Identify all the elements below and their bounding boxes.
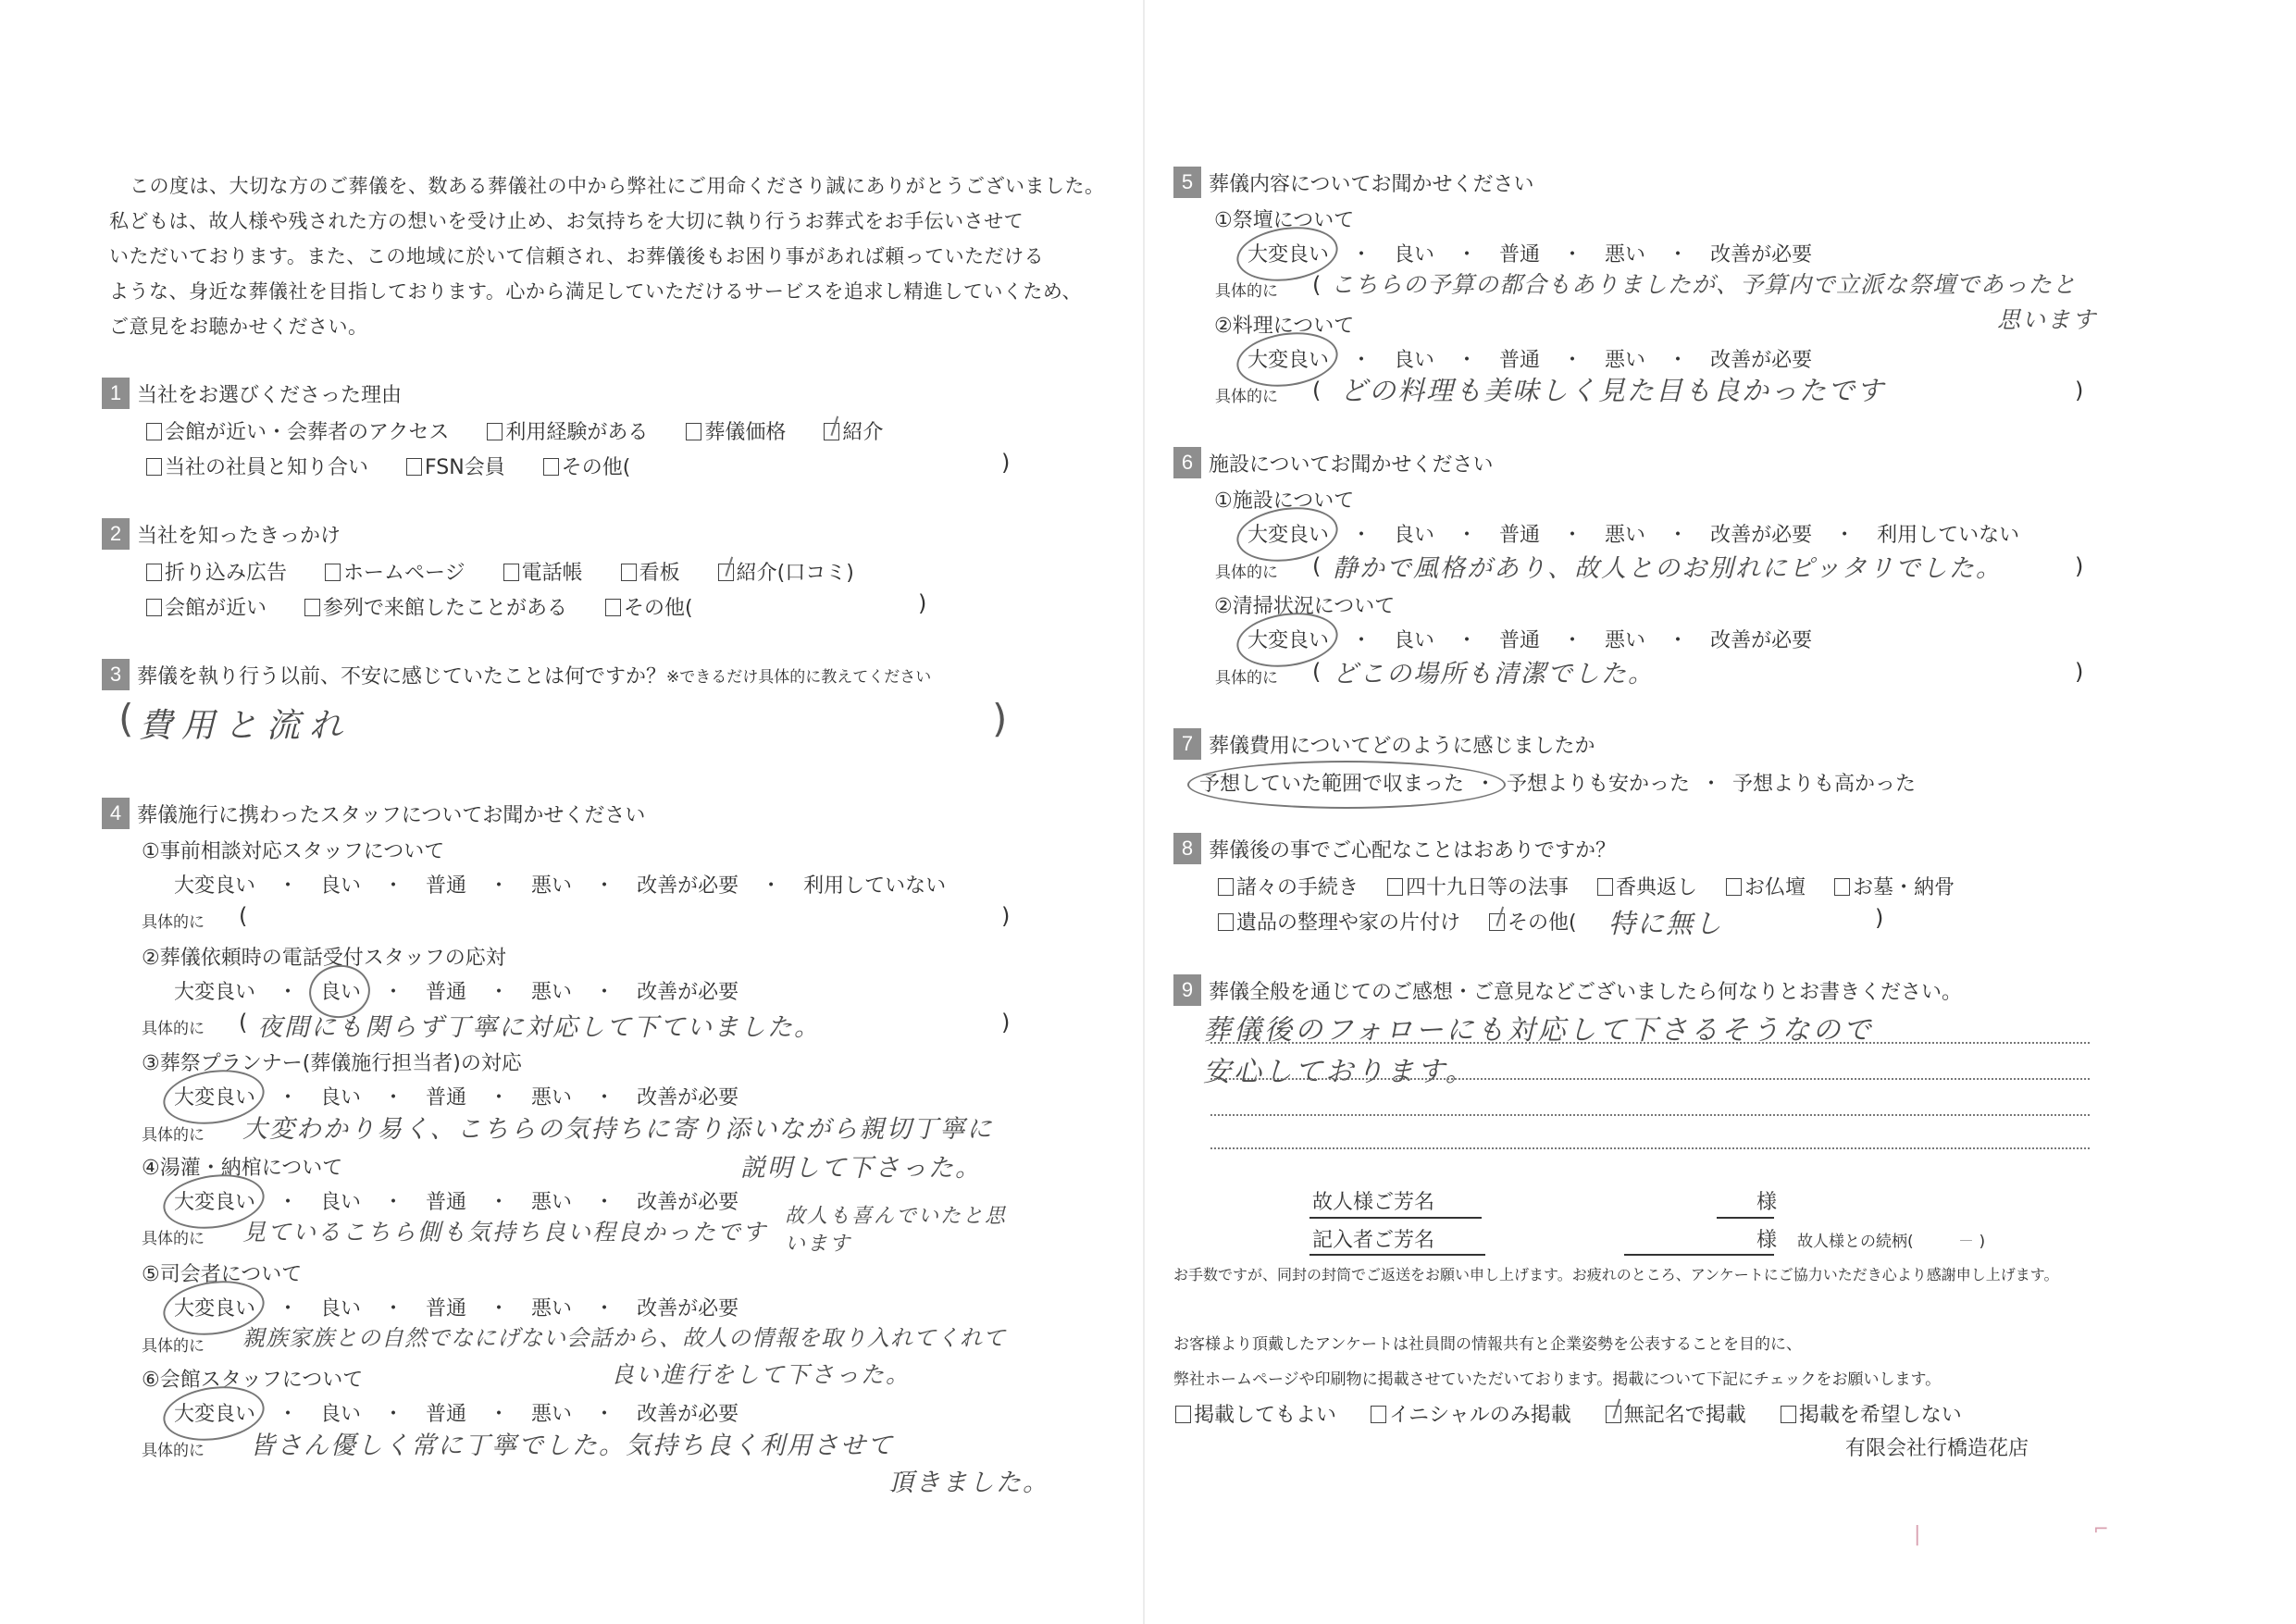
q1-option[interactable]: 会館が近い・会葬者のアクセス — [146, 416, 449, 445]
q7-option[interactable]: 予想よりも高かった — [1732, 773, 1916, 796]
stamp-mark: ⌐ — [2093, 1518, 2109, 1540]
rating-option-selected[interactable]: 大変良い — [1247, 519, 1329, 548]
section-number-badge: 6 — [1173, 447, 1201, 478]
rating-option[interactable]: 大変良い — [174, 870, 255, 899]
rating-option[interactable]: 普通 — [1499, 519, 1540, 548]
rating-option[interactable]: 改善が必要 — [1710, 519, 1812, 548]
q6-item1-comment[interactable]: 静かで風格があり、故人とのお別れにピッタリでした。 — [1333, 548, 2003, 584]
q2-option[interactable]: その他( — [605, 592, 693, 621]
q5-title: 葬儀内容についてお聞かせください — [1209, 168, 1534, 197]
q8-title: 葬儀後の事でご心配なことはおありですか？ — [1209, 835, 1616, 863]
checkbox[interactable] — [1726, 878, 1742, 896]
q2-option[interactable]: ホームページ — [325, 557, 465, 586]
q1-option[interactable]: 紹介 — [824, 416, 883, 445]
q8-option[interactable]: 香典返し — [1597, 872, 1697, 900]
signature-line — [1309, 1254, 1485, 1256]
q4-item6-comment[interactable]: 皆さん優しく常に丁寧でした。気持ち良く利用させて — [250, 1425, 894, 1461]
q8-option[interactable]: その他( — [1489, 907, 1577, 936]
q7-options: 予想していた範囲で収まった・予想よりも安かった・予想よりも高かった — [1199, 768, 1916, 797]
q2-option[interactable]: 折り込み広告 — [146, 557, 287, 586]
checkbox[interactable] — [304, 599, 320, 616]
intro-line: ご意見をお聴かせください。 — [109, 309, 1105, 344]
q4-item5-comment[interactable]: 親族家族との自然でなにげない会話から、故人の情報を取り入れてくれて — [242, 1320, 1006, 1352]
rating-option[interactable]: 普通 — [426, 870, 466, 899]
q6-item1-rating: 大変良い・良い・普通・悪い・改善が必要・利用していない — [1247, 519, 2019, 548]
q4-item4-comment[interactable]: 見ているこちら側も気持ち良い程良かったです — [242, 1214, 767, 1247]
rating-option[interactable]: 良い — [320, 1398, 361, 1427]
rating-option[interactable]: 改善が必要 — [1710, 344, 1812, 373]
rating-option[interactable]: 改善が必要 — [1710, 625, 1812, 653]
intro-line: 私どもは、故人様や残された方の想いを受け止め、お気持ちを大切に執り行うお葬式をお… — [109, 204, 1105, 239]
q4-item2-comment[interactable]: 夜間にも関らず丁寧に対応して下ていました。 — [257, 1007, 821, 1043]
specific-label: 具体的に — [142, 909, 205, 932]
section-number-badge: 1 — [102, 378, 130, 409]
return-note: お手数ですが、同封の封筒でご返送をお願い申し上げます。お疲れのところ、アンケート… — [1173, 1263, 2058, 1284]
checkbox[interactable] — [1175, 1406, 1191, 1423]
rating-option-selected[interactable]: 大変良い — [174, 1082, 255, 1110]
rating-option[interactable]: 普通 — [426, 1293, 466, 1321]
honorific: 様 — [1756, 1186, 1777, 1215]
specific-label: 具体的に — [142, 1437, 205, 1460]
rating-option[interactable]: 悪い — [531, 870, 572, 899]
rating-option[interactable]: 悪い — [531, 1398, 572, 1427]
publication-option[interactable]: 掲載してもよい — [1175, 1399, 1336, 1428]
q6-header: 6 施設についてお聞かせください — [1173, 447, 1494, 478]
q4-item6-rating: 大変良い・良い・普通・悪い・改善が必要 — [174, 1398, 738, 1427]
rating-option[interactable]: 良い — [320, 1293, 361, 1321]
rating-option[interactable]: 悪い — [1605, 625, 1645, 653]
section-number-badge: 2 — [102, 518, 130, 550]
checkbox[interactable] — [487, 423, 503, 440]
checkbox[interactable] — [1371, 1406, 1386, 1423]
checkbox[interactable] — [146, 564, 162, 581]
q1-option[interactable]: 葬儀価格 — [686, 416, 786, 445]
section-number-badge: 3 — [102, 659, 130, 690]
section-number-badge: 8 — [1173, 833, 1201, 864]
rating-option[interactable]: 改善が必要 — [637, 1186, 738, 1215]
q2-close-paren: ) — [918, 590, 926, 616]
q4-title: 葬儀施行に携わったスタッフについてお聞かせください — [137, 800, 645, 828]
close-paren: ) — [2075, 659, 2083, 685]
rating-option[interactable]: 改善が必要 — [637, 1293, 738, 1321]
checkbox[interactable] — [1834, 878, 1850, 896]
rating-option[interactable]: 改善が必要 — [637, 1398, 738, 1427]
publication-options: 掲載してもよい イニシャルのみ掲載 無記名で掲載 掲載を希望しない — [1175, 1399, 1990, 1428]
q8-header: 8 葬儀後の事でご心配なことはおありですか？ — [1173, 833, 1616, 864]
rating-option[interactable]: 悪い — [531, 1293, 572, 1321]
q5-item2-comment[interactable]: どの料理も美味しく見た目も良かったです — [1340, 370, 1885, 408]
q3-close-paren: ) — [992, 696, 1007, 741]
specific-label: 具体的に — [142, 1225, 205, 1248]
checkbox[interactable] — [1218, 913, 1234, 931]
q2-option[interactable]: 参列で来館したことがある — [304, 592, 567, 621]
rating-option[interactable]: 改善が必要 — [637, 976, 738, 1005]
page-fold — [1143, 0, 1145, 1624]
intro-line: この度は、大切な方のご葬儀を、数ある葬儀社の中から弊社にご用命くださり誠にありが… — [109, 168, 1105, 204]
q1-header: 1 当社をお選びくださった理由 — [102, 378, 402, 409]
rating-option[interactable]: 普通 — [1499, 239, 1540, 267]
rating-option-selected[interactable]: 良い — [320, 976, 361, 1005]
q5-item1-comment-cont[interactable]: 思います — [1997, 302, 2097, 335]
rating-option[interactable]: 利用していない — [1877, 519, 2019, 548]
q3-title: 葬儀を執り行う以前、不安に感じていたことは何ですか？ — [137, 661, 666, 689]
q2-title: 当社を知ったきっかけ — [137, 520, 341, 549]
signature-line — [1309, 1217, 1482, 1219]
q4-item4-comment-cont[interactable]: 故人も喜んでいたと思います — [785, 1203, 1025, 1258]
checkbox[interactable] — [1597, 878, 1613, 896]
rating-option[interactable]: 改善が必要 — [637, 870, 738, 899]
open-paren: ( — [1312, 272, 1321, 298]
q4-item1-rating: 大変良い・良い・普通・悪い・改善が必要・利用していない — [174, 870, 946, 899]
q2-option[interactable]: 紹介(口コミ) — [718, 557, 854, 586]
specific-label: 具体的に — [142, 1122, 205, 1145]
intro-line: いただいております。また、この地域に於いて信頼され、お葬儀後もお困り事があれば頼… — [109, 239, 1105, 274]
q4-item1-title: ①事前相談対応スタッフについて — [142, 836, 444, 864]
rating-option[interactable]: 普通 — [1499, 344, 1540, 373]
checkbox[interactable] — [605, 599, 621, 616]
rating-option[interactable]: 悪い — [1605, 239, 1645, 267]
q1-option[interactable]: 当社の社員と知り合い — [146, 452, 368, 480]
q8-options-row2: 遺品の整理や家の片付け その他( — [1218, 907, 1586, 936]
open-paren: ( — [1312, 659, 1321, 685]
intro-line: ような、身近な葬儀社を目指しております。心から満足していただけるサービスを追求し… — [109, 274, 1105, 309]
rating-option[interactable]: 良い — [320, 1082, 361, 1110]
checkbox-checked[interactable] — [824, 423, 839, 440]
q2-options-row1: 折り込み広告 ホームページ 電話帳 看板 紹介(口コミ) — [146, 557, 886, 586]
rating-option-selected[interactable]: 大変良い — [174, 1186, 255, 1215]
q2-option[interactable]: 看板 — [621, 557, 680, 586]
q6-title: 施設についてお聞かせください — [1209, 449, 1494, 477]
rating-option-selected[interactable]: 大変良い — [1247, 239, 1329, 267]
checkbox[interactable] — [503, 564, 519, 581]
checkbox-checked[interactable] — [1606, 1406, 1621, 1423]
writing-line — [1210, 1114, 2090, 1116]
rating-option[interactable]: 普通 — [426, 1082, 466, 1110]
close-paren: ) — [1001, 903, 1010, 929]
section-number-badge: 5 — [1173, 167, 1201, 198]
publication-option[interactable]: 無記名で掲載 — [1606, 1399, 1746, 1428]
rating-option[interactable]: 良い — [320, 870, 361, 899]
q5-item1-comment[interactable]: こちらの予算の都合もありましたが、予算内で立派な祭壇であったと — [1331, 267, 2077, 300]
q4-item2-title: ②葬儀依頼時の電話受付スタッフの応対 — [142, 942, 506, 971]
q8-option[interactable]: 諸々の手続き — [1218, 872, 1359, 900]
rating-option[interactable]: 大変良い — [174, 976, 255, 1005]
rating-option[interactable]: 悪い — [531, 1082, 572, 1110]
section-number-badge: 4 — [102, 798, 130, 829]
q8-option[interactable]: お仏壇 — [1726, 872, 1806, 900]
checkbox[interactable] — [1218, 878, 1234, 896]
publication-line1: お客様より頂戴したアンケートは社員間の情報共有と企業姿勢を公表することを目的に、 — [1173, 1331, 1802, 1354]
q8-option[interactable]: 遺品の整理や家の片付け — [1218, 907, 1460, 936]
q8-close-paren: ) — [1875, 905, 1883, 931]
checkbox[interactable] — [325, 564, 341, 581]
q4-header: 4 葬儀施行に携わったスタッフについてお聞かせください — [102, 798, 645, 829]
open-paren: ( — [239, 903, 247, 929]
checkbox[interactable] — [1781, 1406, 1796, 1423]
rating-option-selected[interactable]: 大変良い — [1247, 625, 1329, 653]
publication-option[interactable]: イニシャルのみ掲載 — [1371, 1399, 1571, 1428]
q3-open-paren: ( — [118, 696, 133, 741]
specific-label: 具体的に — [142, 1015, 205, 1038]
checkbox[interactable] — [1387, 878, 1403, 896]
rating-option[interactable]: 利用していない — [803, 870, 946, 899]
writing-line — [1210, 1042, 2090, 1044]
intro-paragraph: この度は、大切な方のご葬儀を、数ある葬儀社の中から弊社にご用命くださり誠にありが… — [109, 168, 1105, 344]
q1-title: 当社をお選びくださった理由 — [137, 379, 402, 408]
q4-item6-comment-cont[interactable]: 頂きました。 — [888, 1462, 1049, 1498]
q1-close-paren: ) — [1001, 450, 1010, 476]
rating-option[interactable]: 普通 — [426, 1186, 466, 1215]
q4-item3-comment[interactable]: 大変わかり易く、こちらの気持ちに寄り添いながら親切丁寧に — [242, 1109, 993, 1145]
writing-line — [1210, 1147, 2090, 1149]
publication-option[interactable]: 掲載を希望しない — [1781, 1399, 1962, 1428]
q5-item2-rating: 大変良い・良い・普通・悪い・改善が必要 — [1247, 344, 1812, 373]
rating-option[interactable]: 改善が必要 — [1710, 239, 1812, 267]
q7-option-selected[interactable]: 予想していた範囲で収まった — [1199, 773, 1464, 796]
writer-name-label: 記入者ご芳名 — [1312, 1224, 1434, 1253]
rating-option[interactable]: 悪い — [531, 1186, 572, 1215]
honorific: 様 — [1756, 1224, 1777, 1253]
signature-line — [1624, 1254, 1774, 1256]
q6-item2-comment[interactable]: どこの場所も清潔でした。 — [1333, 653, 1655, 689]
q1-options-row1: 会館が近い・会葬者のアクセス 利用経験がある 葬儀価格 紹介 — [146, 416, 914, 445]
q4-item4-rating: 大変良い・良い・普通・悪い・改善が必要 — [174, 1186, 738, 1215]
q3-answer[interactable]: 費用と流れ — [139, 700, 352, 747]
q3-note: ※できるだけ具体的に教えてください — [666, 663, 931, 687]
q2-option[interactable]: 電話帳 — [503, 557, 583, 586]
checkbox[interactable] — [543, 458, 559, 476]
q1-option[interactable]: 利用経験がある — [487, 416, 648, 445]
q9-answer-line2[interactable]: 安心しております。 — [1203, 1048, 1476, 1089]
open-paren: ( — [239, 1010, 247, 1035]
checkbox-checked[interactable] — [718, 564, 734, 581]
close-paren: ) — [2075, 378, 2083, 403]
q7-title: 葬儀費用についてどのように感じましたか — [1209, 730, 1595, 759]
rating-option[interactable]: 良い — [1394, 625, 1434, 653]
q4-item5-comment-cont[interactable]: 良い進行をして下さった。 — [611, 1357, 911, 1390]
checkbox[interactable] — [686, 423, 701, 440]
q9-title: 葬儀全般を通じてのご感想・ご意見などございましたら何なりとお書きください。 — [1209, 976, 1962, 1005]
rating-option[interactable]: 普通 — [426, 976, 466, 1005]
q4-item2-rating: 大変良い・良い・普通・悪い・改善が必要 — [174, 976, 738, 1005]
checkbox[interactable] — [146, 599, 162, 616]
checkbox[interactable] — [621, 564, 637, 581]
q7-option[interactable]: 予想よりも安かった — [1507, 773, 1690, 796]
rating-option[interactable]: 悪い — [1605, 519, 1645, 548]
q4-item6-title: ⑥会館スタッフについて — [142, 1364, 363, 1393]
rating-option[interactable]: 改善が必要 — [637, 1082, 738, 1110]
close-paren: ) — [2075, 553, 2083, 579]
q3-header: 3 葬儀を執り行う以前、不安に感じていたことは何ですか？ ※できるだけ具体的に教… — [102, 659, 931, 690]
q7-header: 7 葬儀費用についてどのように感じましたか — [1173, 728, 1595, 760]
q4-item3-comment-cont[interactable]: 説明して下さった。 — [740, 1147, 982, 1184]
q9-header: 9 葬儀全般を通じてのご感想・ご意見などございましたら何なりとお書きください。 — [1173, 974, 1962, 1006]
q1-option[interactable]: その他( — [543, 452, 631, 480]
stamp-mark: | — [1914, 1523, 1920, 1546]
rating-option[interactable]: 良い — [320, 1186, 361, 1215]
rating-option[interactable]: 悪い — [531, 976, 572, 1005]
signature-line — [1717, 1217, 1774, 1219]
q2-header: 2 当社を知ったきっかけ — [102, 518, 341, 550]
rating-option-selected[interactable]: 大変良い — [174, 1398, 255, 1427]
q2-option[interactable]: 会館が近い — [146, 592, 267, 621]
specific-label: 具体的に — [1215, 664, 1278, 688]
q5-header: 5 葬儀内容についてお聞かせください — [1173, 167, 1534, 198]
q2-options-row2: 会館が近い 参列で来館したことがある その他( — [146, 592, 725, 621]
checkbox[interactable] — [146, 458, 162, 476]
section-number-badge: 9 — [1173, 974, 1201, 1006]
specific-label: 具体的に — [1215, 559, 1278, 582]
section-number-badge: 7 — [1173, 728, 1201, 760]
q8-other-answer[interactable]: 特に無し — [1608, 903, 1723, 941]
q4-item3-title: ③葬祭プランナー(葬儀施行担当者)の対応 — [142, 1048, 522, 1076]
deceased-name-label: 故人様ご芳名 — [1312, 1186, 1434, 1215]
q6-item2-rating: 大変良い・良い・普通・悪い・改善が必要 — [1247, 625, 1812, 653]
checkbox[interactable] — [146, 423, 162, 440]
rating-option[interactable]: 良い — [1394, 344, 1434, 373]
specific-label: 具体的に — [1215, 278, 1278, 301]
rating-option-selected[interactable]: 大変良い — [1247, 344, 1329, 373]
q1-option[interactable]: FSN会員 — [406, 452, 505, 480]
writing-line — [1210, 1078, 2090, 1080]
rating-option[interactable]: 普通 — [426, 1398, 466, 1427]
publication-line2: 弊社ホームページや印刷物に掲載させていただいております。掲載について下記にチェッ… — [1173, 1366, 1941, 1389]
q4-item3-rating: 大変良い・良い・普通・悪い・改善が必要 — [174, 1082, 738, 1110]
q5-item1-rating: 大変良い・良い・普通・悪い・改善が必要 — [1247, 239, 1812, 267]
rating-option[interactable]: 良い — [1394, 239, 1434, 267]
q8-options-row1: 諸々の手続き 四十九日等の法事 香典返し お仏壇 お墓・納骨 — [1218, 872, 1977, 900]
relation-value[interactable]: － — [1918, 1228, 1974, 1251]
open-paren: ( — [1312, 378, 1321, 403]
rating-option[interactable]: 普通 — [1499, 625, 1540, 653]
rating-option[interactable]: 悪い — [1605, 344, 1645, 373]
checkbox-checked[interactable] — [1489, 913, 1505, 931]
checkbox[interactable] — [406, 458, 422, 476]
rating-option[interactable]: 良い — [1394, 519, 1434, 548]
q8-option[interactable]: 四十九日等の法事 — [1387, 872, 1569, 900]
q8-option[interactable]: お墓・納骨 — [1834, 872, 1955, 900]
company-name: 有限会社行橋造花店 — [1845, 1432, 2029, 1461]
specific-label: 具体的に — [1215, 383, 1278, 406]
q1-options-row2: 当社の社員と知り合い FSN会員 その他( — [146, 452, 662, 480]
open-paren: ( — [1312, 553, 1321, 579]
q4-item5-rating: 大変良い・良い・普通・悪い・改善が必要 — [174, 1293, 738, 1321]
relation-label: 故人様との続柄( － ) — [1797, 1228, 1985, 1251]
rating-option-selected[interactable]: 大変良い — [174, 1293, 255, 1321]
specific-label: 具体的に — [142, 1333, 205, 1356]
close-paren: ) — [1001, 1010, 1010, 1035]
